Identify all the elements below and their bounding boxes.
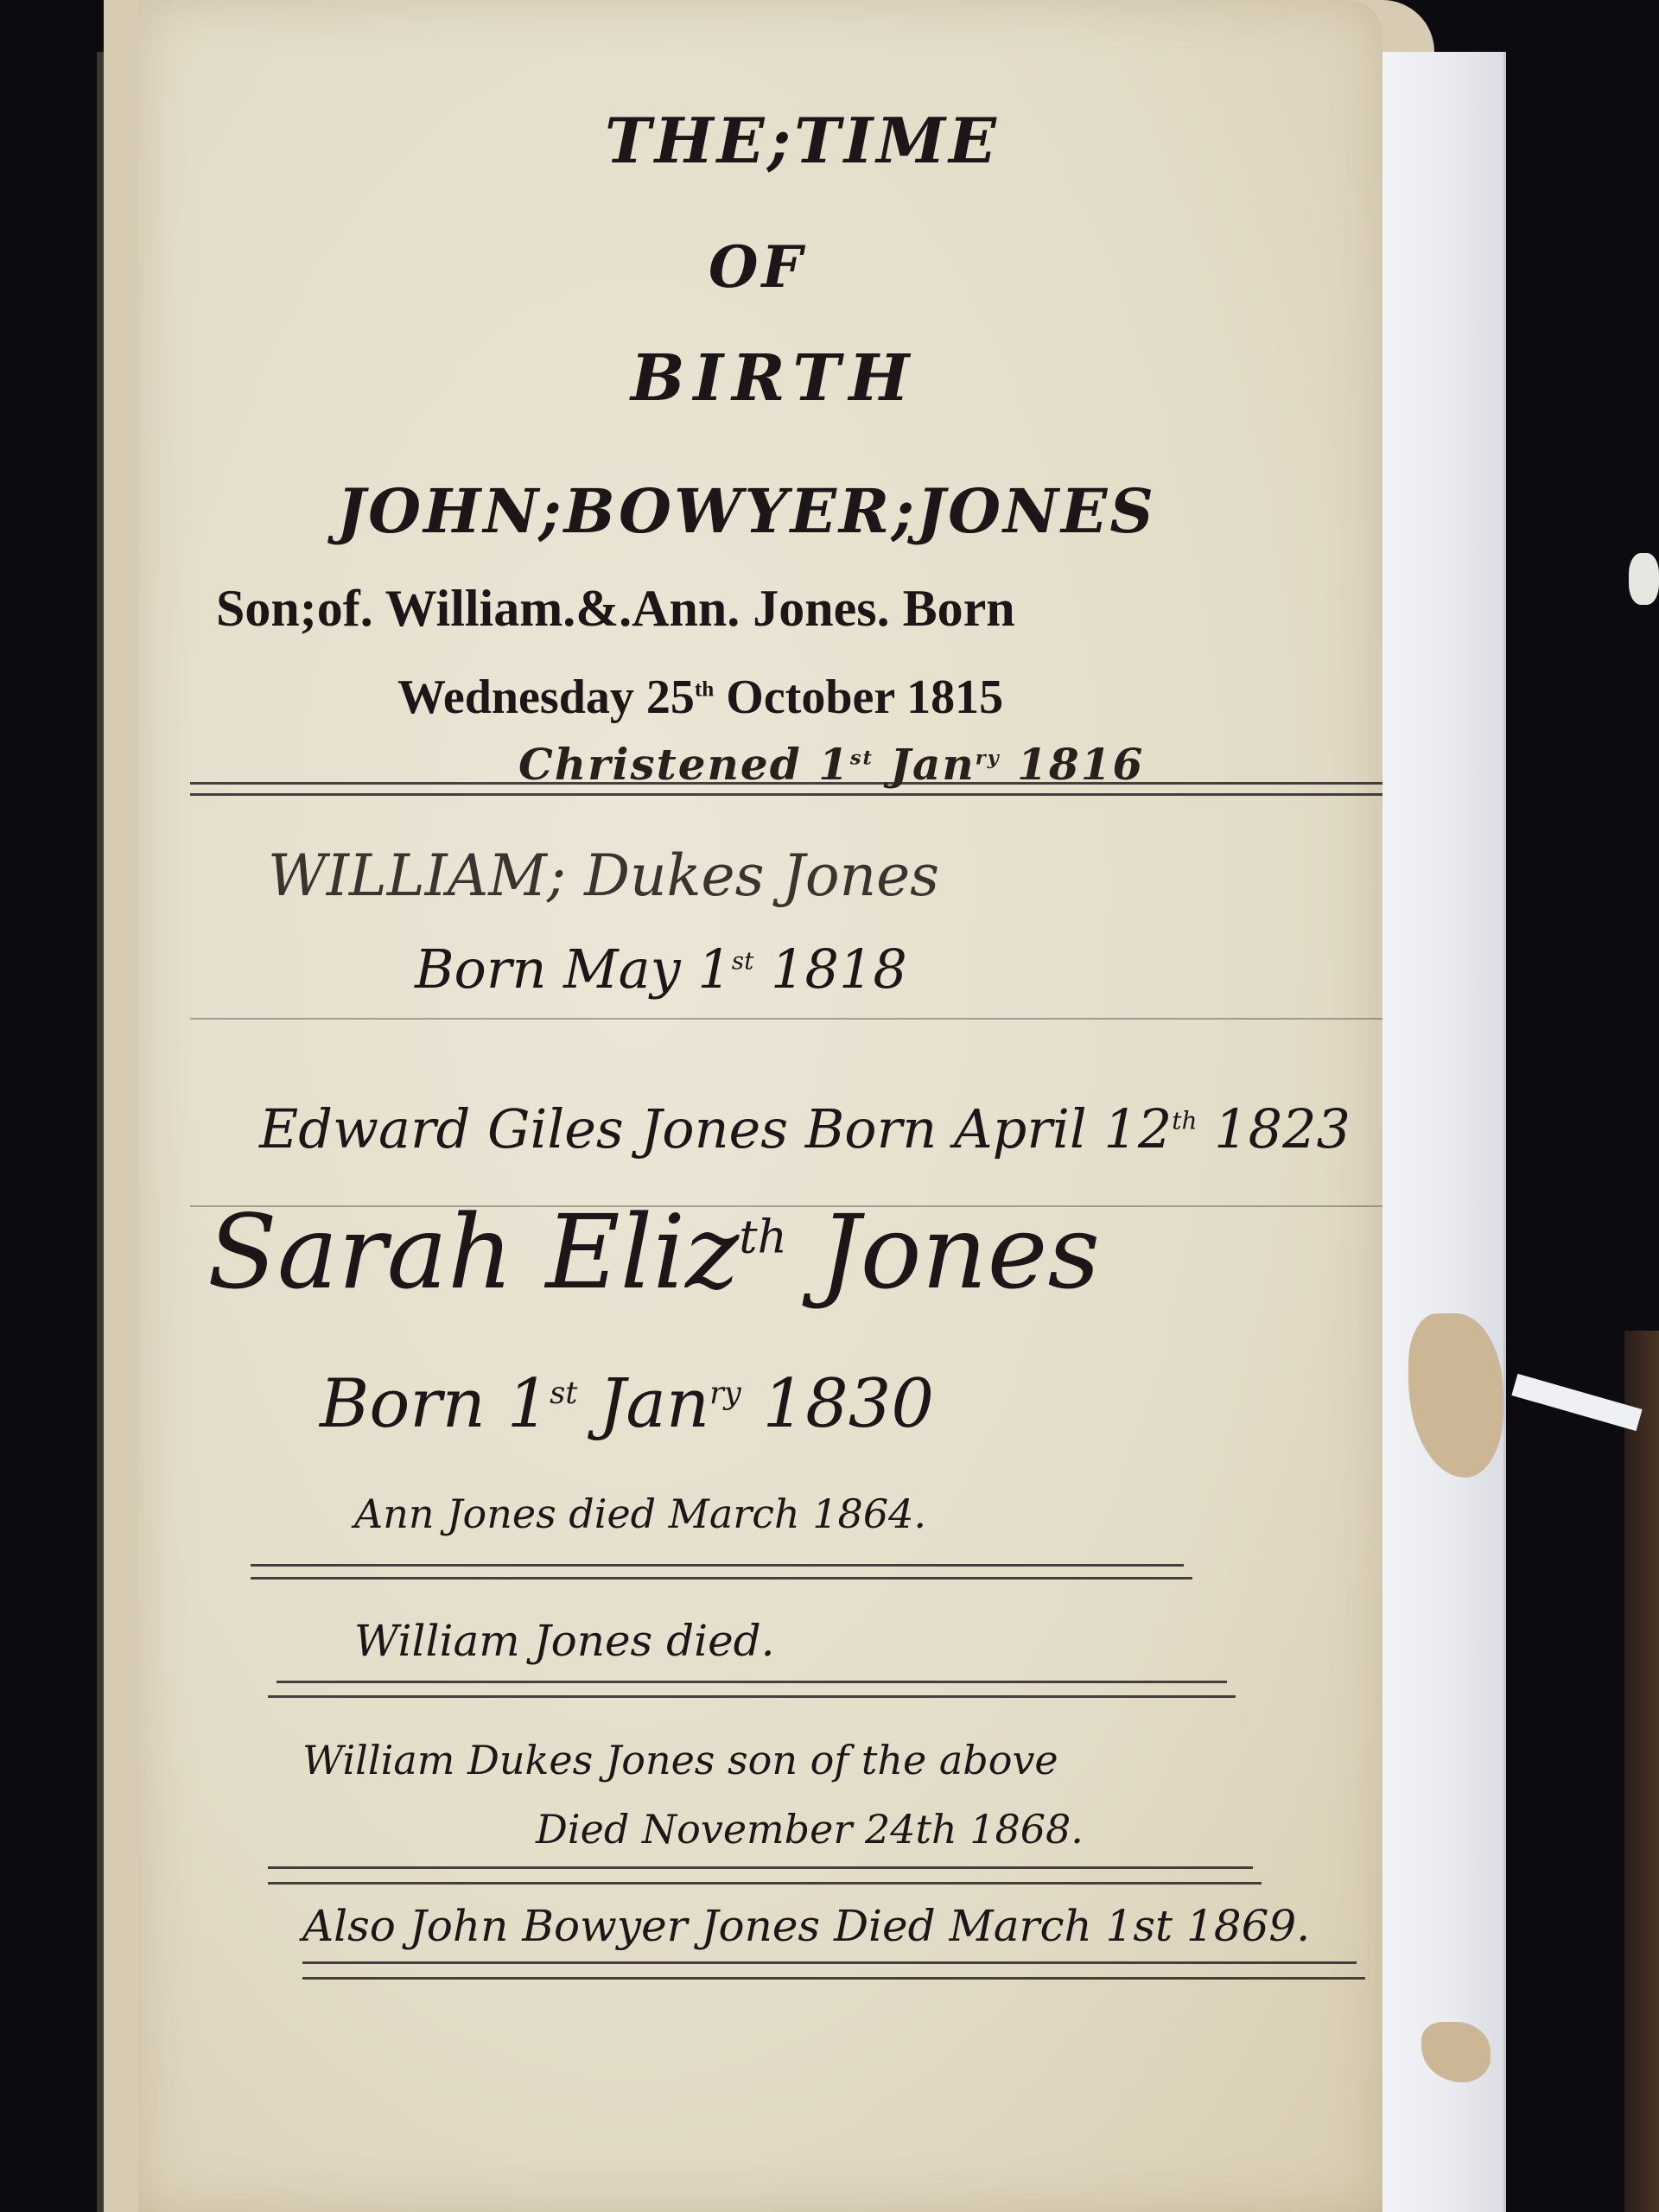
month-suffix: ry <box>976 747 1001 769</box>
date-suffix: th <box>1172 1106 1197 1135</box>
born-text: Born 1 <box>320 1365 550 1443</box>
month-suffix: ry <box>709 1376 741 1411</box>
paper-scrap <box>1629 553 1659 605</box>
sarah-name: Sarah Eliz <box>207 1192 739 1312</box>
entry-william-name: WILLIAM; Dukes Jones <box>268 842 939 909</box>
born-year: 1830 <box>763 1365 935 1443</box>
divider <box>251 1564 1184 1567</box>
born-month: Jan <box>599 1365 709 1443</box>
record-page: THE;TIME OF BIRTH JOHN;BOWYER;JONES Son;… <box>138 0 1382 2212</box>
divider <box>268 1866 1253 1869</box>
born-text: Born May 1 <box>415 938 732 1001</box>
born-year: 1818 <box>771 938 907 1001</box>
heading-line-2: OF <box>709 233 805 301</box>
date-suffix: st <box>850 747 874 769</box>
divider <box>251 1577 1192 1580</box>
heading-line-3: BIRTH <box>631 341 918 416</box>
divider <box>268 1695 1236 1698</box>
entry-edward: Edward Giles Jones Born April 12th 1823 <box>259 1097 1351 1160</box>
entry-john-birthdate: Wednesday 25th October 1815 <box>397 670 1003 725</box>
birth-month-year: October 1815 <box>726 671 1003 724</box>
paper-tear <box>1408 1313 1503 1478</box>
birth-date: 25 <box>646 671 695 724</box>
birth-day: Wednesday <box>397 671 634 724</box>
divider <box>276 1681 1227 1683</box>
entry-sarah-name: Sarah Elizth Jones <box>207 1192 1100 1312</box>
repair-strip <box>1374 52 1506 2212</box>
death-ann: Ann Jones died March 1864. <box>354 1491 926 1537</box>
edward-year: 1823 <box>1214 1097 1351 1160</box>
entry-john-name: JOHN;BOWYER;JONES <box>337 475 1156 547</box>
abbrev-suffix: th <box>739 1211 787 1264</box>
date-suffix: st <box>550 1376 577 1411</box>
entry-john-parents: Son;of. William.&.Ann. Jones. Born <box>216 579 1015 639</box>
divider <box>268 1882 1262 1885</box>
paper-shard <box>1511 1374 1642 1431</box>
death-william: William Jones died. <box>354 1616 775 1666</box>
faint-rule <box>190 1018 1382 1020</box>
adjacent-book <box>1624 1331 1659 2212</box>
birth-date-suffix: th <box>695 677 714 701</box>
divider <box>190 782 1382 785</box>
death-william-dukes-line1: William Dukes Jones son of the above <box>302 1737 1058 1783</box>
divider <box>190 793 1382 796</box>
entry-sarah-born: Born 1st Janry 1830 <box>320 1365 934 1443</box>
divider <box>302 1961 1357 1964</box>
paper-tear <box>1421 2022 1491 2082</box>
entry-william-born: Born May 1st 1818 <box>415 938 907 1001</box>
heading-line-1: THE;TIME <box>605 104 1000 177</box>
sarah-surname: Jones <box>819 1192 1100 1312</box>
death-william-dukes-line2: Died November 24th 1868. <box>536 1806 1084 1853</box>
date-suffix: st <box>732 946 754 975</box>
edward-text: Edward Giles Jones Born April 12 <box>259 1097 1172 1160</box>
death-john-bowyer: Also John Bowyer Jones Died March 1st 18… <box>302 1901 1310 1951</box>
divider <box>302 1977 1365 1980</box>
